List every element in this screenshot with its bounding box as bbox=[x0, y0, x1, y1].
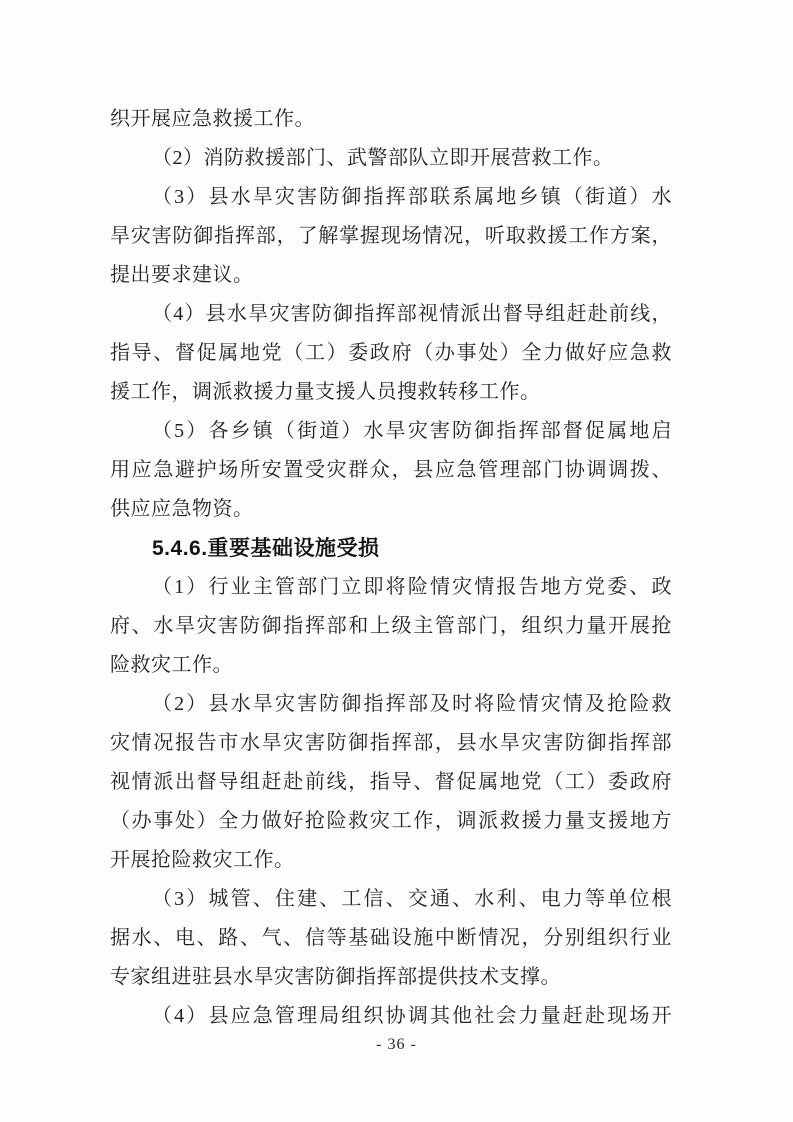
section-heading: 5.4.6.重要基础设施受损 bbox=[110, 529, 672, 568]
text-line: （4）县应急管理局组织协调其他社会力量赶赴现场开 bbox=[110, 997, 672, 1036]
text-line: （2）消防救援部门、武警部队立即开展营救工作。 bbox=[110, 139, 672, 178]
text-line: 指导、督促属地党（工）委政府（办事处）全力做好应急救 bbox=[110, 334, 672, 373]
text-line: 援工作，调派救援力量支援人员搜救转移工作。 bbox=[110, 373, 672, 412]
text-line: 织开展应急救援工作。 bbox=[110, 100, 672, 139]
text-line: 提出要求建议。 bbox=[110, 256, 672, 295]
document-page: 织开展应急救援工作。（2）消防救援部门、武警部队立即开展营救工作。（3）县水旱灾… bbox=[0, 0, 793, 1122]
text-line: （3）城管、住建、工信、交通、水利、电力等单位根 bbox=[110, 880, 672, 919]
text-line: 险救灾工作。 bbox=[110, 646, 672, 685]
text-line: （5）各乡镇（街道）水旱灾害防御指挥部督促属地启 bbox=[110, 412, 672, 451]
text-line: （3）县水旱灾害防御指挥部联系属地乡镇（街道）水 bbox=[110, 178, 672, 217]
document-text-block: 织开展应急救援工作。（2）消防救援部门、武警部队立即开展营救工作。（3）县水旱灾… bbox=[110, 100, 672, 1036]
text-line: 旱灾害防御指挥部，了解掌握现场情况，听取救援工作方案， bbox=[110, 217, 672, 256]
text-line: 供应应急物资。 bbox=[110, 490, 672, 529]
text-line: 据水、电、路、气、信等基础设施中断情况，分别组织行业 bbox=[110, 919, 672, 958]
text-line: （办事处）全力做好抢险救灾工作，调派救援力量支援地方 bbox=[110, 802, 672, 841]
text-line: （2）县水旱灾害防御指挥部及时将险情灾情及抢险救 bbox=[110, 685, 672, 724]
text-line: 专家组进驻县水旱灾害防御指挥部提供技术支撑。 bbox=[110, 958, 672, 997]
text-line: 灾情况报告市水旱灾害防御指挥部，县水旱灾害防御指挥部 bbox=[110, 724, 672, 763]
text-line: 府、水旱灾害防御指挥部和上级主管部门，组织力量开展抢 bbox=[110, 607, 672, 646]
text-line: （1）行业主管部门立即将险情灾情报告地方党委、政 bbox=[110, 568, 672, 607]
page-number: - 36 - bbox=[0, 1033, 793, 1057]
text-line: 视情派出督导组赶赴前线，指导、督促属地党（工）委政府 bbox=[110, 763, 672, 802]
text-line: 用应急避护场所安置受灾群众，县应急管理部门协调调拨、 bbox=[110, 451, 672, 490]
text-line: 开展抢险救灾工作。 bbox=[110, 841, 672, 880]
text-line: （4）县水旱灾害防御指挥部视情派出督导组赶赴前线， bbox=[110, 295, 672, 334]
